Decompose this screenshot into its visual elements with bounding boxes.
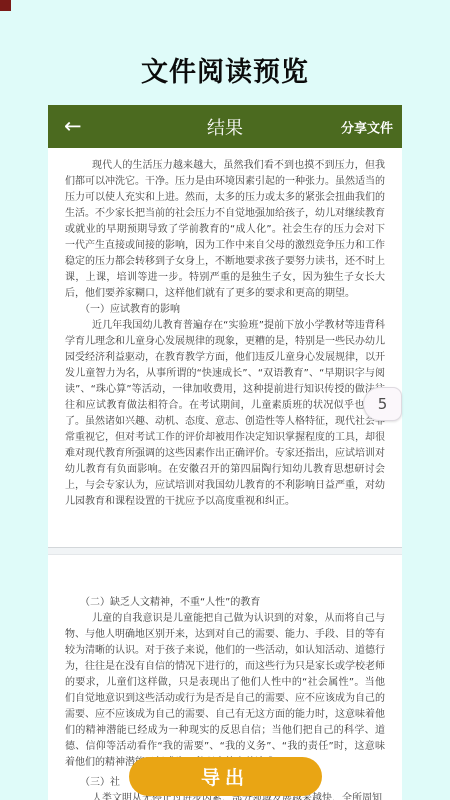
paragraph: 现代人的生活压力越来越大，虽然我们看不到也摸不到压力，但我们都可以冲洗它。干净。…: [65, 158, 385, 302]
result-panel: ← 结果 分享文件 现代人的生活压力越来越大，虽然我们看不到也摸不到压力，但我们…: [48, 105, 402, 800]
page-divider: [48, 548, 402, 555]
result-toolbar: ← 结果 分享文件: [48, 105, 402, 148]
document-preview[interactable]: 现代人的生活压力越来越大，虽然我们看不到也摸不到压力，但我们都可以冲洗它。干净。…: [48, 148, 402, 800]
paragraph: 儿童的自我意识是儿童能把自己做为认识到的对象，从而将自己与物、与他人明确地区别开…: [65, 611, 385, 771]
page-title: 文件阅读预览: [0, 50, 450, 89]
corner-marker: [0, 0, 11, 11]
export-button[interactable]: 导出: [129, 757, 322, 796]
share-file-button[interactable]: 分享文件: [341, 117, 393, 136]
document-page-1: 现代人的生活压力越来越大，虽然我们看不到也摸不到压力，但我们都可以冲洗它。干净。…: [48, 148, 402, 548]
section-heading-1: （一）应试教育的影响: [65, 302, 385, 318]
page-number-indicator[interactable]: 5: [363, 387, 402, 421]
paragraph: 近几年我国幼儿教育普遍存在“实验班”提前下放小学教材等违背科学育儿理念和儿童身心…: [65, 318, 385, 510]
section-heading-2: （二）缺乏人文精神，不重“人性”的教育: [65, 595, 385, 611]
